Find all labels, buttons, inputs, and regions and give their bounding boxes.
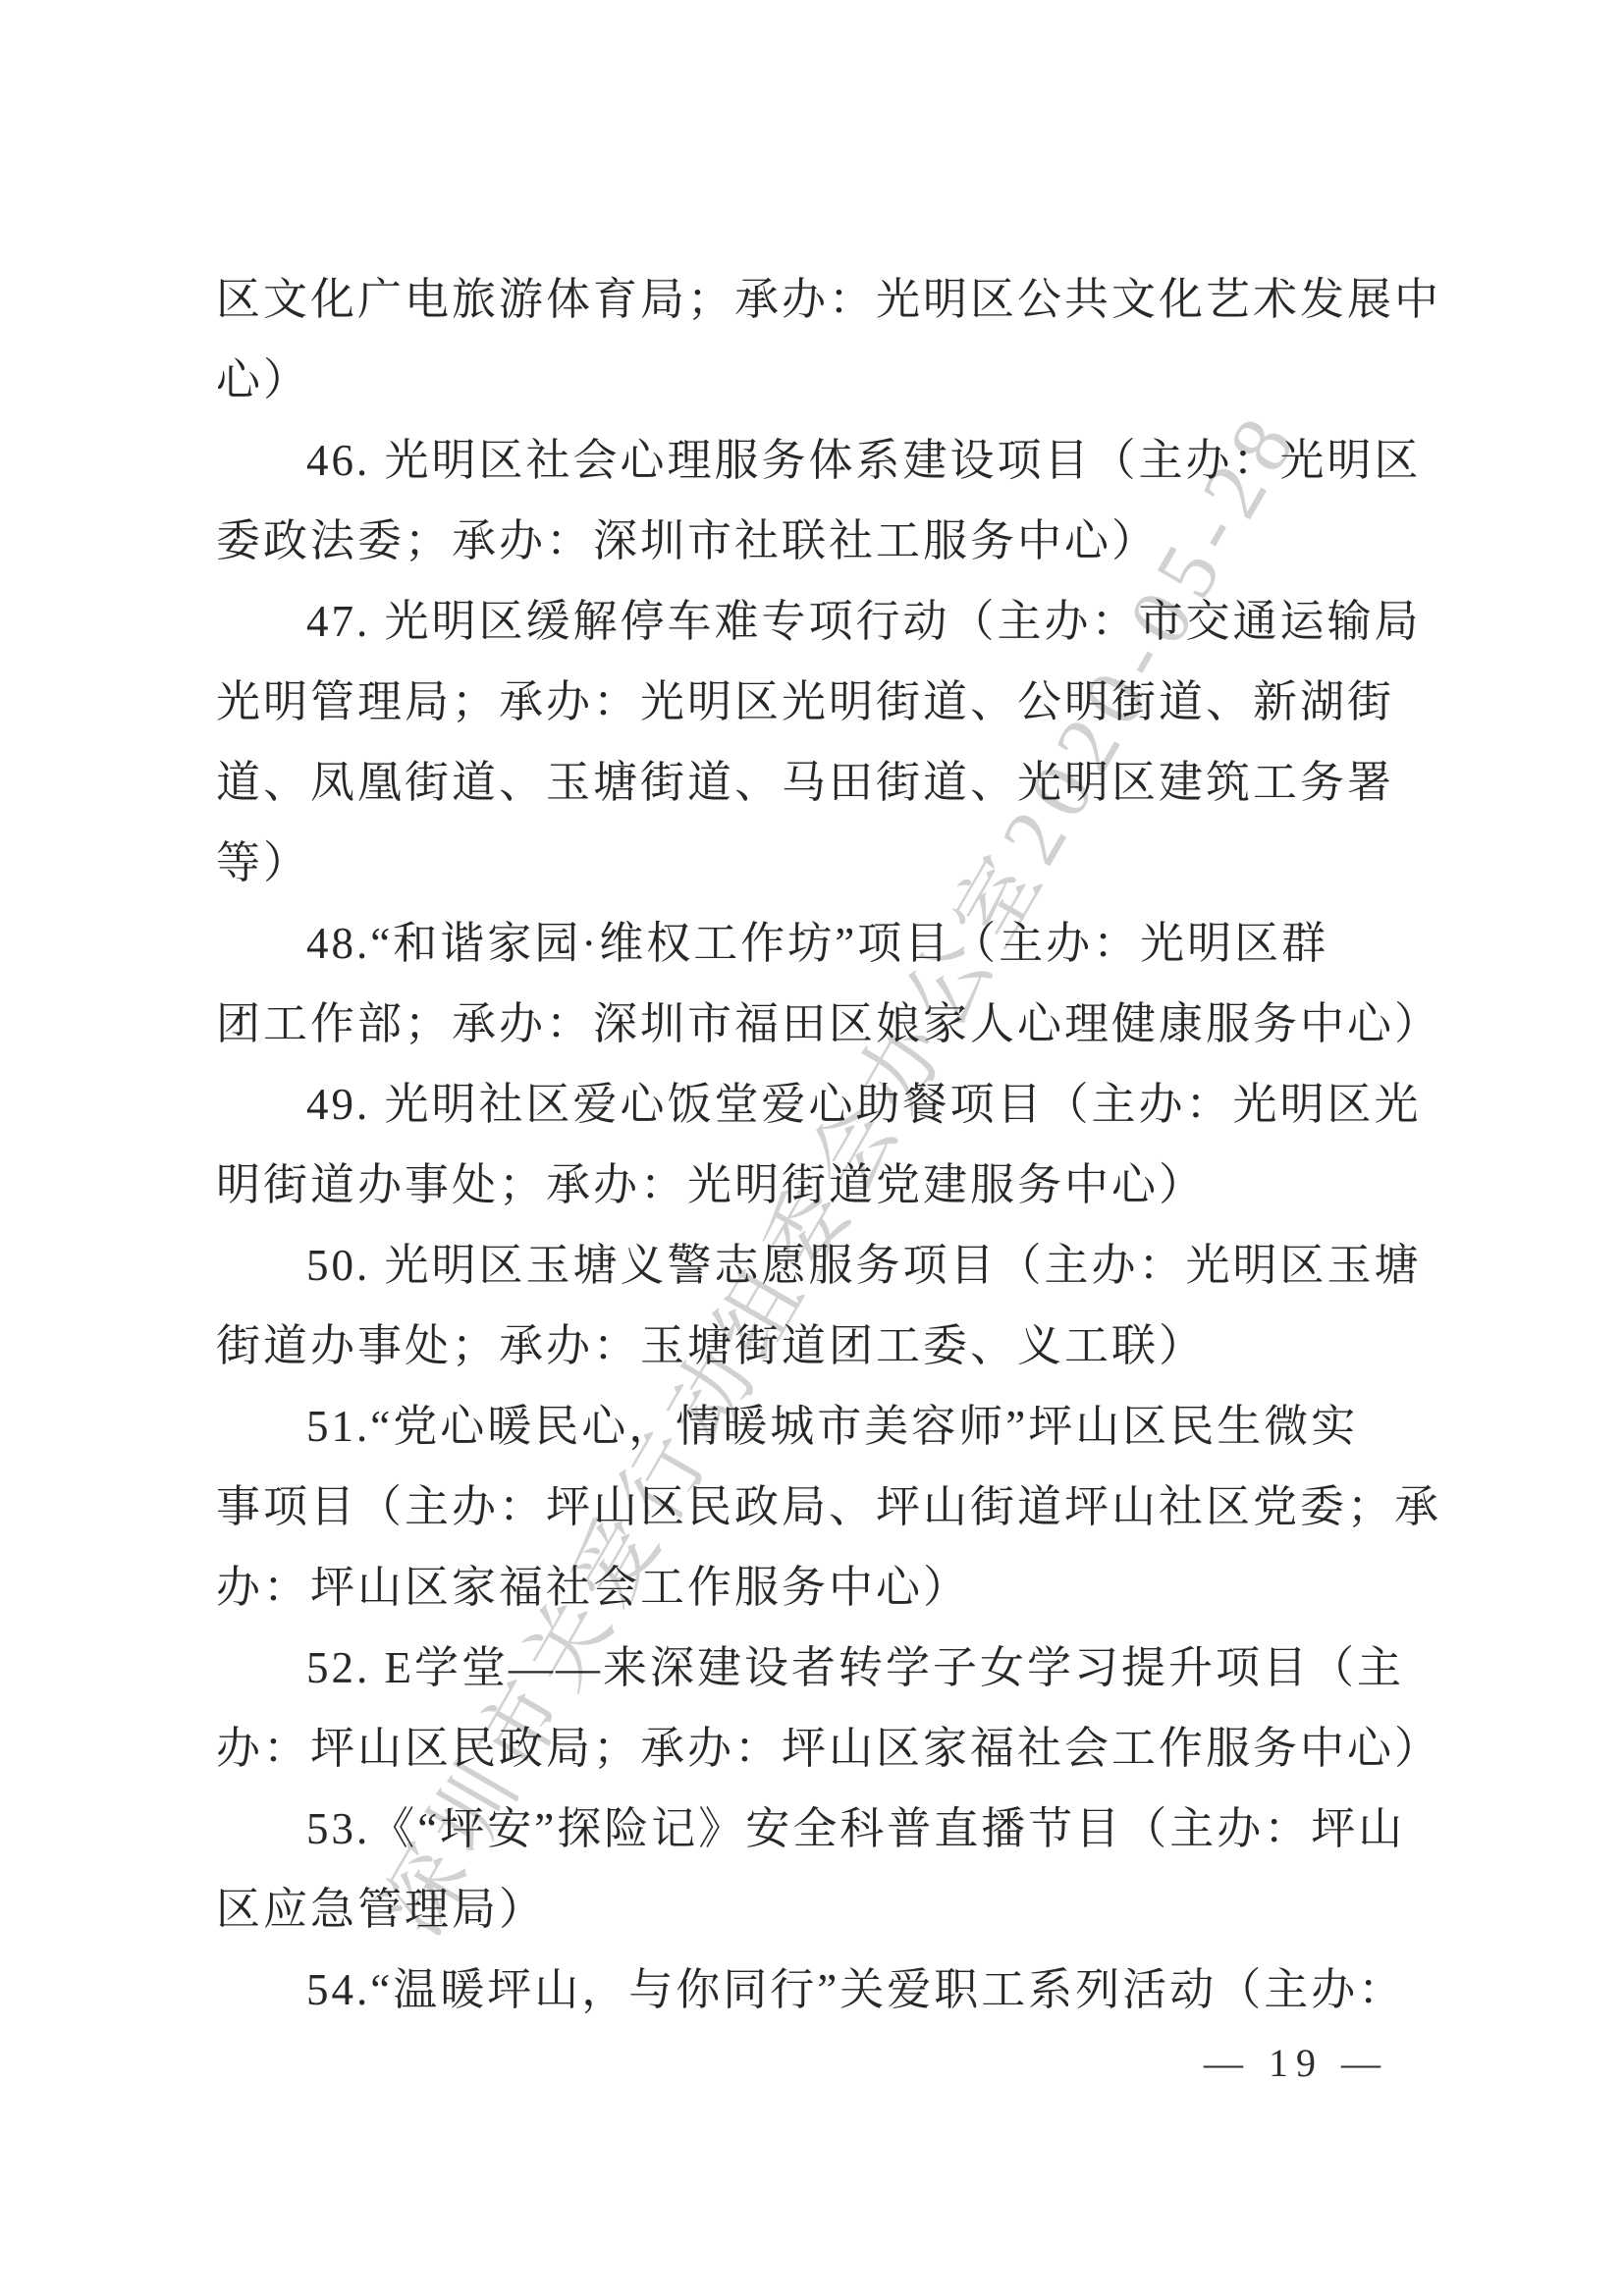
text-line: 48.“和谐家园·维权工作坊”项目（主办：光明区群 [216, 903, 1439, 984]
document-page: 深圳市关爱行动组委会办公室2020-05-28 区文化广电旅游体育局；承办：光明… [0, 0, 1624, 2296]
text-line: 等） [216, 823, 1439, 903]
text-line: 办：坪山区民政局；承办：坪山区家福社会工作服务中心） [216, 1708, 1439, 1789]
page-number: — 19 — [1204, 2040, 1388, 2086]
text-line: 49. 光明社区爱心饭堂爱心助餐项目（主办：光明区光 [216, 1064, 1439, 1145]
text-line: 街道办事处；承办：玉塘街道团工委、义工联） [216, 1306, 1439, 1386]
text-line: 心） [216, 340, 1439, 420]
text-line: 区应急管理局） [216, 1869, 1439, 1949]
document-body: 区文化广电旅游体育局；承办：光明区公共文化艺术发展中 心） 46. 光明区社会心… [216, 259, 1439, 2030]
text-line: 事项目（主办：坪山区民政局、坪山街道坪山社区党委；承 [216, 1467, 1439, 1547]
text-line: 光明管理局；承办：光明区光明街道、公明街道、新湖街 [216, 662, 1439, 742]
text-line: 53.《“坪安”探险记》安全科普直播节目（主办：坪山 [216, 1789, 1439, 1869]
text-line: 52. E学堂——来深建设者转学子女学习提升项目（主 [216, 1628, 1439, 1708]
text-line: 51.“党心暖民心，情暖城市美容师”坪山区民生微实 [216, 1386, 1439, 1467]
text-line: 47. 光明区缓解停车难专项行动（主办：市交通运输局 [216, 581, 1439, 662]
text-line: 区文化广电旅游体育局；承办：光明区公共文化艺术发展中 [216, 259, 1439, 340]
text-line: 办：坪山区家福社会工作服务中心） [216, 1547, 1439, 1628]
text-line: 明街道办事处；承办：光明街道党建服务中心） [216, 1145, 1439, 1225]
text-line: 团工作部；承办：深圳市福田区娘家人心理健康服务中心） [216, 984, 1439, 1064]
text-line: 46. 光明区社会心理服务体系建设项目（主办：光明区 [216, 420, 1439, 501]
text-line: 道、凤凰街道、玉塘街道、马田街道、光明区建筑工务署 [216, 742, 1439, 823]
text-line: 54.“温暖坪山，与你同行”关爱职工系列活动（主办： [216, 1949, 1439, 2030]
text-line: 50. 光明区玉塘义警志愿服务项目（主办：光明区玉塘 [216, 1225, 1439, 1306]
text-line: 委政法委；承办：深圳市社联社工服务中心） [216, 501, 1439, 581]
